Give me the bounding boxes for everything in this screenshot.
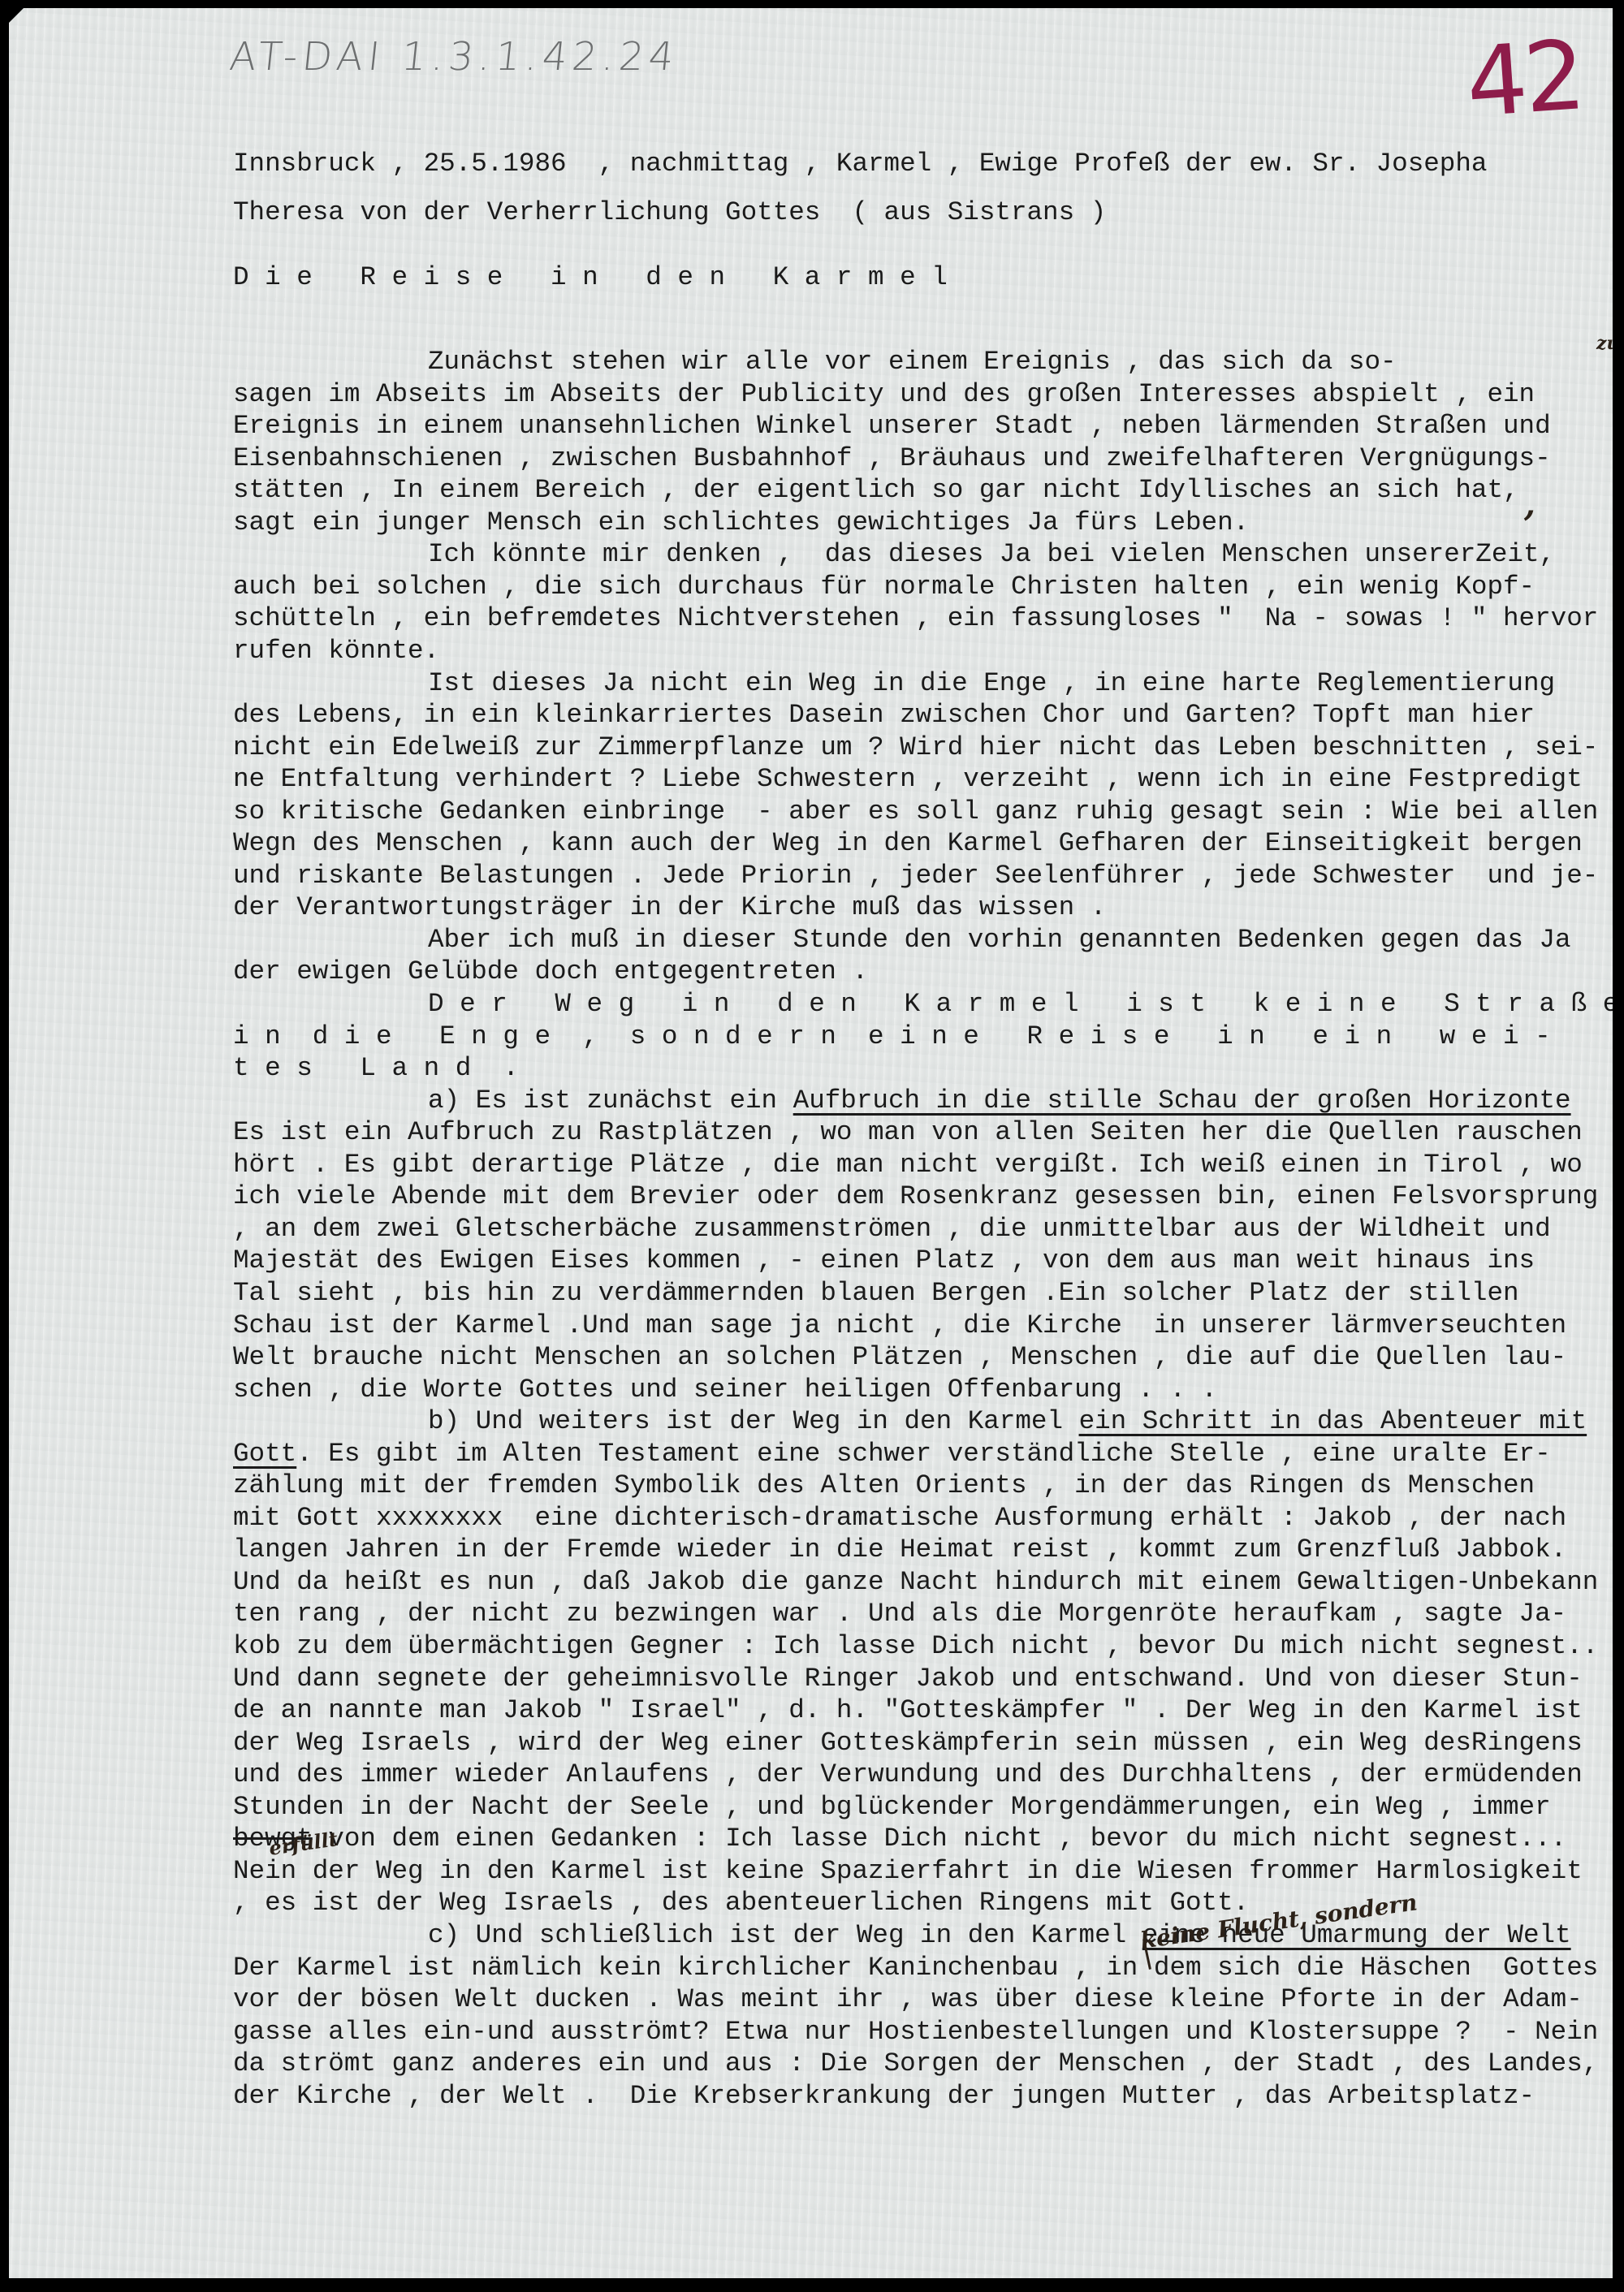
line-text: der Kirche , der Welt . Die Krebserkrank… <box>233 2081 1535 2111</box>
line-text: stätten , In einem Bereich , der eigentl… <box>233 475 1519 505</box>
line-text: da strömt ganz anderes ein und aus : Die… <box>233 2048 1598 2078</box>
line-text: a) Es ist zunächst ein <box>428 1086 793 1116</box>
line-text: , es ist der Weg Israels , des abenteuer… <box>233 1888 1249 1918</box>
line-text: Ereignis in einem unansehnlichen Winkel … <box>233 411 1551 441</box>
body-line: der ewigen Gelübde doch entgegentreten . <box>233 959 868 986</box>
body-line: so kritische Gedanken einbringe - aber e… <box>233 799 1598 826</box>
line-text: Welt brauche nicht Menschen an solchen P… <box>233 1342 1566 1372</box>
line-text: ten rang , der nicht zu bezwingen war . … <box>233 1599 1566 1629</box>
line-text: und des immer wieder Anlaufens , der Ver… <box>233 1759 1583 1789</box>
line-text: Majestät des Ewigen Eises kommen , - ein… <box>233 1245 1535 1275</box>
body-line: Aber ich muß in dieser Stunde den vorhin… <box>428 927 1571 954</box>
body-line: Ich könnte mir denken , das dieses Ja be… <box>428 542 1555 568</box>
line-text: Und da heißt es nun , daß Jakob die ganz… <box>233 1567 1598 1597</box>
line-text: Stunden in der Nacht der Seele , und bgl… <box>233 1792 1551 1822</box>
line-text: der Weg Israels , wird der Weg einer Got… <box>233 1728 1583 1758</box>
handwritten-comma: , <box>1524 486 1535 524</box>
body-line: ne Entfaltung verhindert ? Liebe Schwest… <box>233 766 1583 793</box>
body-line: sagen im Abseits im Abseits der Publicit… <box>233 382 1535 408</box>
body-line: , an dem zwei Gletscherbäche zusammenstr… <box>233 1216 1551 1243</box>
body-line: auch bei solchen , die sich durchaus für… <box>233 574 1535 601</box>
body-line: langen Jahren in der Fremde wieder in di… <box>233 1537 1566 1564</box>
body-line: Wegn des Menschen , kann auch der Weg in… <box>233 831 1583 857</box>
line-text: gasse alles ein-und ausströmt? Etwa nur … <box>233 2017 1598 2047</box>
line-text: der ewigen Gelübde doch entgegentreten . <box>233 956 868 986</box>
line-text: i n d i e E n g e , s o n d e r n e i n … <box>233 1021 1551 1051</box>
line-text: b) Und weiters ist der Weg in den Karmel <box>428 1406 1079 1436</box>
underlined-phrase: ein Schritt in das Abenteuer mit <box>1079 1406 1587 1436</box>
line-text: des Lebens, in ein kleinkarriertes Dasei… <box>233 700 1535 730</box>
body-line: des Lebens, in ein kleinkarriertes Dasei… <box>233 702 1535 729</box>
line-text: und riskante Belastungen . Jede Priorin … <box>233 861 1598 891</box>
line-text: D e r W e g i n d e n K a r m e l i s t … <box>428 989 1613 1019</box>
body-line: Schau ist der Karmel .Und man sage ja ni… <box>233 1313 1566 1340</box>
body-line: i n d i e E n g e , s o n d e r n e i n … <box>233 1024 1551 1051</box>
line-text-continued: . Es gibt im Alten Testament eine schwer… <box>296 1439 1550 1469</box>
body-line: Ist dieses Ja nicht ein Weg in die Enge … <box>428 671 1555 697</box>
body-line: Und da heißt es nun , daß Jakob die ganz… <box>233 1569 1598 1596</box>
body-line: und des immer wieder Anlaufens , der Ver… <box>233 1762 1583 1789</box>
body-line: Und dann segnete der geheimnisvolle Ring… <box>233 1666 1583 1693</box>
line-text: sagen im Abseits im Abseits der Publicit… <box>233 379 1535 409</box>
line-text: Und dann segnete der geheimnisvolle Ring… <box>233 1664 1583 1694</box>
line-text: schütteln , ein befremdetes Nichtversteh… <box>233 603 1598 633</box>
line-text: Zunächst stehen wir alle vor einem Ereig… <box>428 347 1397 377</box>
body-line: c) Und schließlich ist der Weg in den Ka… <box>428 1923 1571 1949</box>
line-text: c) Und schließlich ist der Weg in den Ka… <box>428 1920 1142 1950</box>
line-text: Ist dieses Ja nicht ein Weg in die Enge … <box>428 668 1555 698</box>
body-line: sagt ein junger Mensch ein schlichtes ge… <box>233 510 1249 537</box>
page-number: 42 <box>1462 19 1585 139</box>
line-text: Aber ich muß in dieser Stunde den vorhin… <box>428 925 1571 955</box>
archive-signature: AT-DAI 1.3.1.42.24 <box>227 34 680 80</box>
underlined-phrase: Aufbruch in die stille Schau der großen … <box>793 1086 1571 1116</box>
line-text: sagt ein junger Mensch ein schlichtes ge… <box>233 507 1249 537</box>
underlined-phrase: Gott <box>233 1439 296 1469</box>
body-line: der Weg Israels , wird der Weg einer Got… <box>233 1730 1583 1757</box>
body-line: Stunden in der Nacht der Seele , und bgl… <box>233 1794 1551 1821</box>
body-line: und riskante Belastungen . Jede Priorin … <box>233 863 1598 890</box>
body-line: Welt brauche nicht Menschen an solchen P… <box>233 1345 1566 1371</box>
line-text: vor der bösen Welt ducken . Was meint ih… <box>233 1984 1583 2014</box>
line-text: langen Jahren in der Fremde wieder in di… <box>233 1534 1566 1565</box>
body-line: zählung mit der fremden Symbolik des Alt… <box>233 1473 1535 1500</box>
line-text: Eisenbahnschienen , zwischen Busbahnhof … <box>233 443 1551 473</box>
body-line: de an nannte man Jakob " Israel" , d. h.… <box>233 1698 1583 1724</box>
body-line: b) Und weiters ist der Weg in den Karmel… <box>428 1409 1587 1435</box>
line-text: rufen könnte. <box>233 636 439 666</box>
document-title: D i e R e i s e i n d e n K a r m e l <box>233 265 948 291</box>
line-text: schen , die Worte Gottes und seiner heil… <box>233 1375 1217 1405</box>
line-text: nicht ein Edelweiß zur Zimmerpflanze um … <box>233 732 1598 762</box>
body-line: schütteln , ein befremdetes Nichtversteh… <box>233 606 1598 632</box>
body-line: gasse alles ein-und ausströmt? Etwa nur … <box>233 2019 1598 2046</box>
body-line: Majestät des Ewigen Eises kommen , - ein… <box>233 1248 1535 1275</box>
line-text: de an nannte man Jakob " Israel" , d. h.… <box>233 1695 1583 1725</box>
line-text: , an dem zwei Gletscherbäche zusammenstr… <box>233 1214 1551 1244</box>
line-text: Nein der Weg in den Karmel ist keine Spa… <box>233 1856 1583 1886</box>
line-text: hört . Es gibt derartige Plätze , die ma… <box>233 1150 1583 1180</box>
handwritten-insert-zu: zu <box>1596 333 1613 354</box>
body-line: , es ist der Weg Israels , des abenteuer… <box>233 1890 1249 1917</box>
body-line: der Kirche , der Welt . Die Krebserkrank… <box>233 2083 1535 2110</box>
body-line: rufen könnte. <box>233 638 439 665</box>
body-line: Zunächst stehen wir alle vor einem Ereig… <box>428 349 1397 376</box>
body-line: der Verantwortungsträger in der Kirche m… <box>233 895 1106 922</box>
line-text-continued: von dem einen Gedanken : Ich lasse Dich … <box>313 1824 1566 1854</box>
line-text: ne Entfaltung verhindert ? Liebe Schwest… <box>233 764 1583 794</box>
line-text: Schau ist der Karmel .Und man sage ja ni… <box>233 1310 1566 1340</box>
body-line: mit Gott xxxxxxxx eine dichterisch-drama… <box>233 1505 1566 1532</box>
header-line-1: Innsbruck , 25.5.1986 , nachmittag , Kar… <box>233 151 1487 178</box>
document-page: AT-DAI 1.3.1.42.24 42 Innsbruck , 25.5.1… <box>9 8 1613 2278</box>
page-corner-fold <box>9 8 24 23</box>
line-text: Der Karmel ist nämlich kein kirchlicher … <box>233 1953 1598 1983</box>
body-line: ich viele Abende mit dem Brevier oder de… <box>233 1184 1598 1211</box>
body-line: Gott. Es gibt im Alten Testament eine sc… <box>233 1441 1551 1468</box>
line-text: zählung mit der fremden Symbolik des Alt… <box>233 1470 1535 1500</box>
body-line: vor der bösen Welt ducken . Was meint ih… <box>233 1987 1583 2014</box>
body-line: da strömt ganz anderes ein und aus : Die… <box>233 2051 1598 2078</box>
body-line: bewgt von dem einen Gedanken : Ich lasse… <box>233 1826 1566 1853</box>
body-line: Der Karmel ist nämlich kein kirchlicher … <box>233 1955 1598 1982</box>
line-text: mit Gott xxxxxxxx eine dichterisch-drama… <box>233 1503 1566 1533</box>
body-line: hört . Es gibt derartige Plätze , die ma… <box>233 1152 1583 1179</box>
body-line: kob zu dem übermächtigen Gegner : Ich la… <box>233 1634 1598 1660</box>
line-text: Wegn des Menschen , kann auch der Weg in… <box>233 828 1583 858</box>
body-line: Tal sieht , bis hin zu verdämmernden bla… <box>233 1280 1519 1307</box>
body-line: a) Es ist zunächst ein Aufbruch in die s… <box>428 1088 1571 1115</box>
body-line: stätten , In einem Bereich , der eigentl… <box>233 477 1519 504</box>
body-line: ten rang , der nicht zu bezwingen war . … <box>233 1601 1566 1628</box>
line-text: der Verantwortungsträger in der Kirche m… <box>233 892 1106 922</box>
body-line: D e r W e g i n d e n K a r m e l i s t … <box>428 991 1613 1018</box>
body-line: Es ist ein Aufbruch zu Rastplätzen , wo … <box>233 1120 1583 1146</box>
body-line: schen , die Worte Gottes und seiner heil… <box>233 1377 1217 1404</box>
line-text: t e s L a n d . <box>233 1053 519 1083</box>
line-text: so kritische Gedanken einbringe - aber e… <box>233 796 1598 827</box>
line-text: Ich könnte mir denken , das dieses Ja be… <box>428 539 1555 569</box>
line-text: auch bei solchen , die sich durchaus für… <box>233 572 1535 602</box>
body-line: Eisenbahnschienen , zwischen Busbahnhof … <box>233 446 1551 473</box>
line-text: kob zu dem übermächtigen Gegner : Ich la… <box>233 1631 1598 1661</box>
line-text: Tal sieht , bis hin zu verdämmernden bla… <box>233 1278 1519 1308</box>
body-line: Ereignis in einem unansehnlichen Winkel … <box>233 413 1551 440</box>
line-text: Es ist ein Aufbruch zu Rastplätzen , wo … <box>233 1117 1583 1147</box>
body-line: t e s L a n d . <box>233 1055 519 1082</box>
header-line-2: Theresa von der Verherrlichung Gottes ( … <box>233 200 1106 227</box>
line-text: ich viele Abende mit dem Brevier oder de… <box>233 1181 1598 1211</box>
body-line: nicht ein Edelweiß zur Zimmerpflanze um … <box>233 735 1598 762</box>
body-line: Nein der Weg in den Karmel ist keine Spa… <box>233 1858 1583 1885</box>
